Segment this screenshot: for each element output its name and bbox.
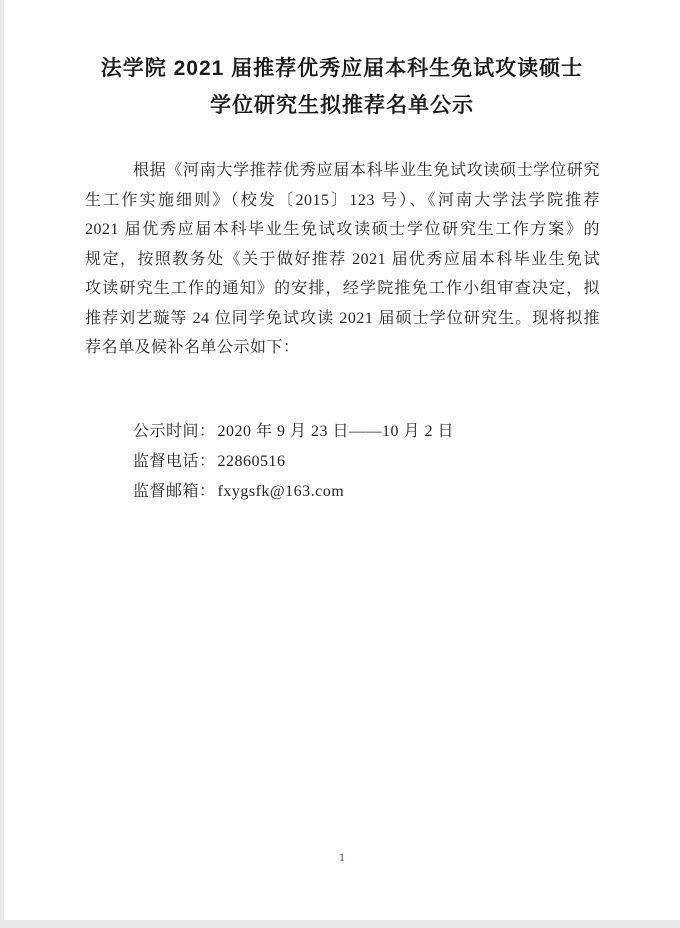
document-viewer: { "doc": { "title_lines": [ "法学院 2021 届推… bbox=[0, 0, 680, 928]
paragraph-line: 根据《河南大学推荐优秀应届本科毕业生免试攻读硕士学位研究 bbox=[85, 156, 600, 186]
publicity-period-label: 公示时间： bbox=[133, 423, 216, 440]
document-title: 法学院 2021 届推荐优秀应届本科生免试攻读硕士 学位研究生拟推荐名单公示 bbox=[4, 50, 680, 124]
announcement-paragraph: 根据《河南大学推荐优秀应届本科毕业生免试攻读硕士学位研究 生工作实施细则》（校发… bbox=[85, 156, 600, 363]
supervision-phone-label: 监督电话： bbox=[133, 453, 216, 470]
publicity-period-value: 2020 年 9 月 23 日——10 月 2 日 bbox=[218, 423, 455, 440]
title-line-2: 学位研究生拟推荐名单公示 bbox=[4, 87, 680, 124]
paragraph-line: 2021 届优秀应届本科毕业生免试攻读硕士学位研究生工作方案》的 bbox=[85, 215, 600, 245]
paragraph-line: 规定，按照教务处《关于做好推荐 2021 届优秀应届本科毕业生免试 bbox=[85, 245, 600, 275]
supervision-phone-value: 22860516 bbox=[218, 453, 286, 470]
supervision-email-label: 监督邮箱： bbox=[133, 483, 216, 500]
contact-block: 公示时间：2020 年 9 月 23 日——10 月 2 日 监督电话：2286… bbox=[85, 417, 600, 507]
supervision-email-value: fxygsfk@163.com bbox=[218, 483, 345, 500]
paragraph-line: 攻读研究生工作的通知》的安排，经学院推免工作小组审查决定，拟 bbox=[85, 274, 600, 304]
document-page: 法学院 2021 届推荐优秀应届本科生免试攻读硕士 学位研究生拟推荐名单公示 根… bbox=[4, 0, 680, 920]
paragraph-line: 推荐刘艺璇等 24 位同学免试攻读 2021 届硕士学位研究生。现将拟推 bbox=[85, 304, 600, 334]
publicity-period-line: 公示时间：2020 年 9 月 23 日——10 月 2 日 bbox=[133, 417, 600, 447]
supervision-email-line: 监督邮箱：fxygsfk@163.com bbox=[133, 477, 600, 507]
paragraph-line: 荐名单及候补名单公示如下： bbox=[85, 333, 600, 363]
supervision-phone-line: 监督电话：22860516 bbox=[133, 447, 600, 477]
page-number: 1 bbox=[4, 850, 680, 865]
document-body: 根据《河南大学推荐优秀应届本科毕业生免试攻读硕士学位研究 生工作实施细则》（校发… bbox=[85, 156, 600, 507]
title-line-1: 法学院 2021 届推荐优秀应届本科生免试攻读硕士 bbox=[4, 50, 680, 87]
paragraph-line: 生工作实施细则》（校发〔2015〕123 号）、《河南大学法学院推荐 bbox=[85, 186, 600, 216]
